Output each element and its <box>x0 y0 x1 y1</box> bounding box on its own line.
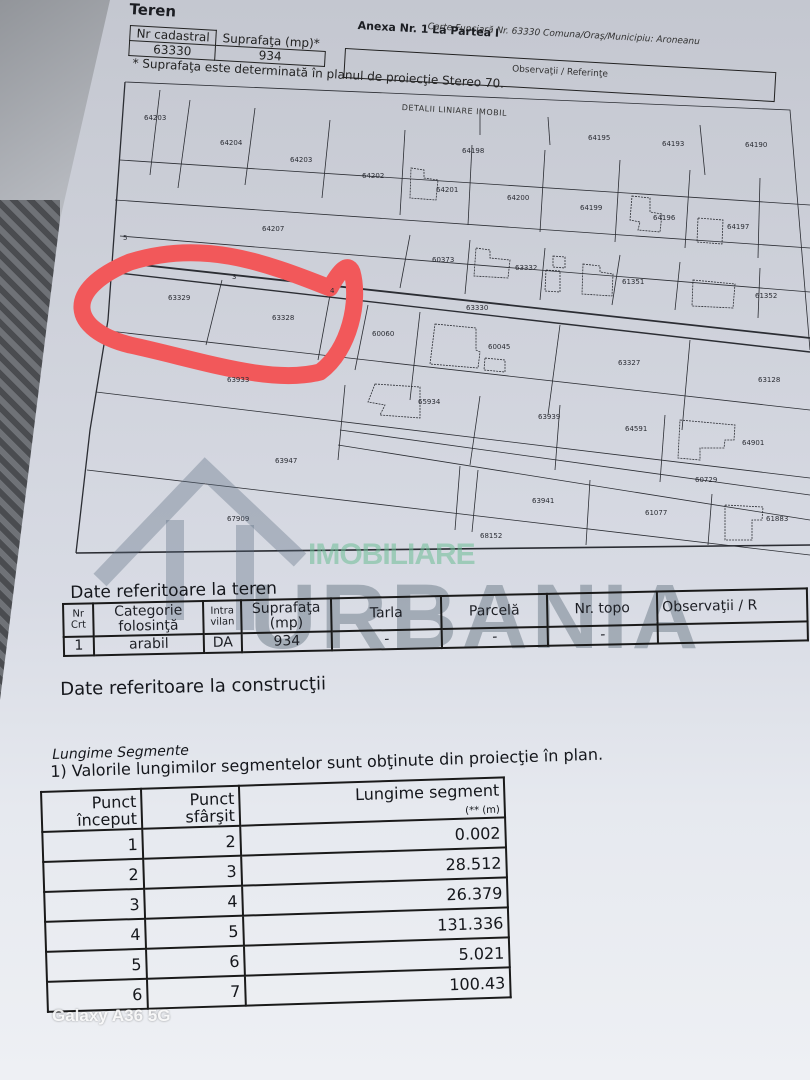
svg-text:63332: 63332 <box>515 264 537 272</box>
cell-end: 7 <box>147 976 246 1009</box>
svg-text:64202: 64202 <box>362 172 384 180</box>
svg-text:60373: 60373 <box>432 256 454 264</box>
svg-text:61883: 61883 <box>766 515 788 523</box>
cell-nr-crt: 1 <box>64 637 94 656</box>
svg-text:4: 4 <box>330 287 335 295</box>
svg-text:64197: 64197 <box>727 223 749 231</box>
svg-text:60060: 60060 <box>372 330 394 338</box>
cell-observatii <box>658 622 808 644</box>
svg-text:68152: 68152 <box>480 532 502 540</box>
svg-text:63330: 63330 <box>466 304 488 312</box>
col-parcela: Parcelă <box>441 594 548 630</box>
cell-end: 3 <box>143 856 242 889</box>
svg-text:63947: 63947 <box>275 457 297 465</box>
svg-text:60729: 60729 <box>695 476 717 484</box>
col-tarla: Tarla <box>331 596 442 632</box>
svg-text:64204: 64204 <box>220 139 243 147</box>
col-nr-crt: Nr Crt <box>63 603 94 637</box>
col-punct-inceput: Punct început <box>41 789 142 832</box>
svg-text:64207: 64207 <box>262 225 284 233</box>
cell-suprafata: 934 <box>242 632 332 653</box>
svg-text:64195: 64195 <box>588 134 610 142</box>
col-categorie: Categorie folosinţă <box>93 601 204 637</box>
cell-nr-topo: - <box>548 625 658 646</box>
svg-text:63327: 63327 <box>618 359 640 367</box>
cell-start: 1 <box>42 829 143 862</box>
svg-text:61077: 61077 <box>645 509 667 517</box>
svg-text:61352: 61352 <box>755 292 777 300</box>
cell-start: 4 <box>45 919 146 952</box>
svg-text:60045: 60045 <box>488 343 510 351</box>
svg-text:3: 3 <box>232 273 236 281</box>
cell-end: 5 <box>145 916 244 949</box>
segments-table: Punct început Punct sfârşit Lungime segm… <box>40 776 512 1012</box>
cell-end: 2 <box>142 826 241 859</box>
cell-categorie: arabil <box>94 634 204 655</box>
cell-tarla: - <box>332 629 442 650</box>
camera-watermark: Galaxy A36 5G <box>52 1006 170 1026</box>
cell-parcela: - <box>442 627 548 648</box>
svg-text:64198: 64198 <box>462 147 484 155</box>
col-intravilan: Intra vilan <box>203 600 242 634</box>
svg-text:63328: 63328 <box>272 314 294 322</box>
svg-text:64203: 64203 <box>290 156 312 164</box>
cell-start: 2 <box>43 859 144 892</box>
svg-text:63939: 63939 <box>538 413 560 421</box>
cell-start: 3 <box>44 889 145 922</box>
svg-text:63933: 63933 <box>227 376 249 384</box>
svg-text:65934: 65934 <box>418 398 441 406</box>
cell-intravilan: DA <box>204 634 242 653</box>
lungime-unit: (** (m) <box>465 805 500 817</box>
svg-text:64203: 64203 <box>144 114 166 122</box>
cell-end: 4 <box>144 886 243 919</box>
svg-text:61351: 61351 <box>622 278 644 286</box>
svg-text:64591: 64591 <box>625 425 647 433</box>
col-observatii: Observaţii / R <box>657 588 808 625</box>
svg-text:64190: 64190 <box>745 141 767 149</box>
lungime-label: Lungime segment <box>355 781 500 805</box>
svg-text:63128: 63128 <box>758 376 780 384</box>
highlight-circle <box>82 253 355 376</box>
svg-text:64200: 64200 <box>507 194 529 202</box>
svg-text:64201: 64201 <box>436 186 458 194</box>
svg-text:63941: 63941 <box>532 497 554 505</box>
svg-text:64901: 64901 <box>742 439 764 447</box>
svg-text:5: 5 <box>123 234 127 242</box>
svg-text:63329: 63329 <box>168 294 190 302</box>
col-suprafata: Suprafaţa (mp) <box>241 598 332 633</box>
svg-text:64196: 64196 <box>653 214 676 222</box>
svg-text:64199: 64199 <box>580 204 602 212</box>
col-punct-sfarsit: Punct sfârşit <box>141 786 240 829</box>
cell-start: 5 <box>46 949 147 982</box>
col-nr-topo: Nr. topo <box>547 592 658 628</box>
svg-text:64193: 64193 <box>662 140 684 148</box>
cell-end: 6 <box>146 946 245 979</box>
